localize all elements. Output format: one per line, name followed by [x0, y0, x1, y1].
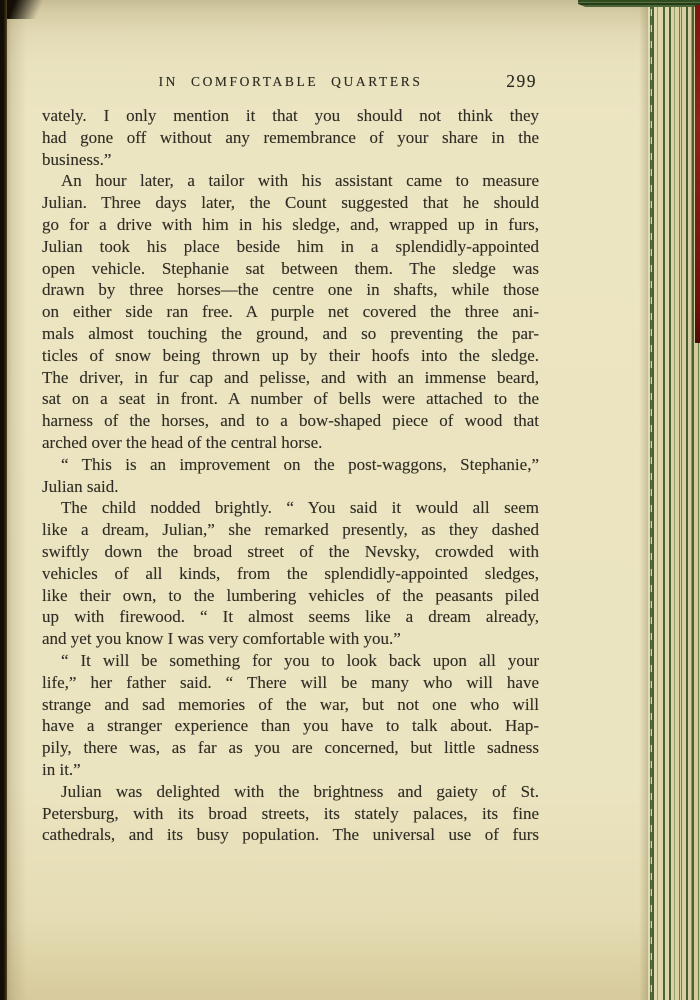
corner-shadow	[3, 0, 65, 19]
text-line: like a dream, Julian,” she remarked pres…	[42, 519, 539, 541]
text-line: ticles of snow being thrown up by their …	[42, 345, 539, 367]
text-line: pily, there was, as far as you are conce…	[42, 737, 539, 759]
text-line: “ It will be something for you to look b…	[42, 650, 539, 672]
text-line: An hour later, a tailor with his assista…	[42, 170, 539, 192]
text-line: Julian. Three days later, the Count sugg…	[42, 192, 539, 214]
text-line: vehicles of all kinds, from the splendid…	[42, 563, 539, 585]
text-line: harness of the horses, and to a bow-shap…	[42, 410, 539, 432]
text-line: swiftly down the broad street of the Nev…	[42, 541, 539, 563]
text-line: Petersburg, with its broad streets, its …	[42, 803, 539, 825]
text-line: have a stranger experience than you have…	[42, 715, 539, 737]
text-line: vately. I only mention it that you shoul…	[42, 105, 539, 127]
book-cover-edge	[695, 5, 700, 343]
text-line: in it.”	[42, 759, 539, 781]
text-line: had gone off without any remembrance of …	[42, 127, 539, 149]
text-line: and yet you know I was very comfortable …	[42, 628, 539, 650]
text-line: The child nodded brightly. “ You said it…	[42, 497, 539, 519]
text-line: “ This is an improvement on the post-wag…	[42, 454, 539, 476]
text-line: on either side ran free. A purple net co…	[42, 301, 539, 323]
text-line: Julian was delighted with the brightness…	[42, 781, 539, 803]
text-line: life,” her father said. “ There will be …	[42, 672, 539, 694]
gutter-shadow	[3, 0, 7, 1000]
book-page: IN COMFORTABLE QUARTERS 299 vately. I on…	[3, 0, 648, 1000]
text-line: up with firewood. “ It almost seems like…	[42, 606, 539, 628]
text-line: sat on a seat in front. A number of bell…	[42, 388, 539, 410]
text-line: cathedrals, and its busy population. The…	[42, 824, 539, 846]
text-line: like their own, to the lumbering vehicle…	[42, 585, 539, 607]
running-title: IN COMFORTABLE QUARTERS	[42, 74, 539, 90]
text-line: strange and sad memories of the war, but…	[42, 694, 539, 716]
page-top-edges	[578, 0, 700, 7]
page-number: 299	[506, 71, 537, 92]
text-line: Julian took his place beside him in a sp…	[42, 236, 539, 258]
text-line: mals almost touching the ground, and so …	[42, 323, 539, 345]
text-line: open vehicle. Stephanie sat between them…	[42, 258, 539, 280]
text-block: IN COMFORTABLE QUARTERS 299 vately. I on…	[42, 74, 539, 846]
text-line: The driver, in fur cap and pelisse, and …	[42, 367, 539, 389]
page-header: IN COMFORTABLE QUARTERS 299	[42, 74, 539, 105]
text-line: drawn by three horses—the centre one in …	[42, 279, 539, 301]
text-line: business.”	[42, 149, 539, 171]
text-line: go for a drive with him in his sledge, a…	[42, 214, 539, 236]
fore-edge-dashed-line	[650, 0, 652, 1000]
text-line: arched over the head of the central hors…	[42, 432, 539, 454]
page-fore-edges	[644, 0, 700, 1000]
text-line: Julian said.	[42, 476, 539, 498]
